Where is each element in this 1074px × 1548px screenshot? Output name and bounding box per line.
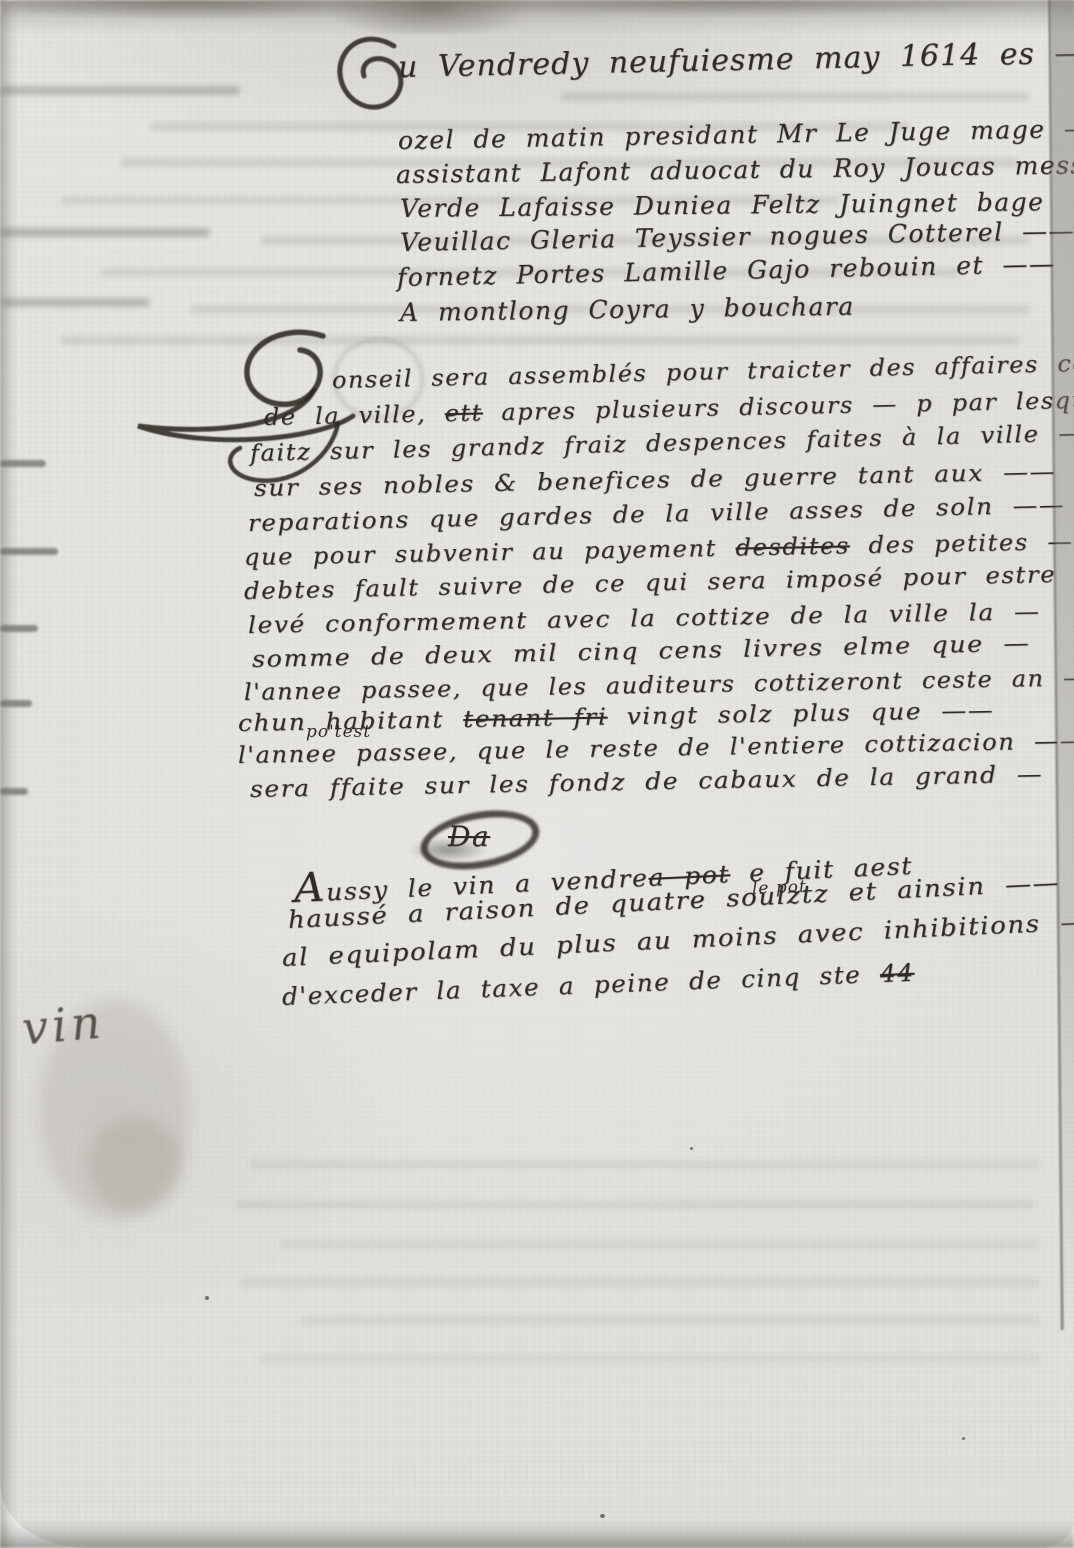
bleed-through-line xyxy=(240,1278,1040,1287)
bleed-through-line xyxy=(235,1200,1035,1209)
ink-speck xyxy=(962,1437,965,1440)
ink-speck xyxy=(205,1296,209,1300)
ink-speck xyxy=(600,1514,605,1518)
bleed-through-line xyxy=(0,86,240,95)
bleed-through-line xyxy=(0,298,150,307)
bleed-through-line xyxy=(250,1160,1040,1169)
interlinear-insertion: po'test xyxy=(306,722,371,742)
bleed-through-line xyxy=(260,1354,1040,1363)
struck-word: tenant fri xyxy=(463,705,608,734)
page-edge-bottom xyxy=(0,1520,1074,1548)
bleed-through-line xyxy=(0,228,210,237)
damp-stain xyxy=(88,1118,183,1213)
bleed-through-line xyxy=(560,92,1030,101)
page-edge-left xyxy=(0,0,18,1548)
page-scan: u Vendredy neufuiesme may 1614 es —— oze… xyxy=(0,0,1074,1548)
margin-note: vin xyxy=(20,995,107,1056)
ink-speck xyxy=(690,1147,693,1150)
struck-word: desdites xyxy=(735,533,850,561)
bleed-through-line xyxy=(280,1240,1040,1249)
page-edge-top xyxy=(0,0,1074,34)
line-text: de la ville, xyxy=(264,401,445,431)
bleed-through-line xyxy=(300,1316,1040,1325)
struck-word: ett xyxy=(444,400,483,427)
line-text: des petites — xyxy=(850,529,1074,559)
crossed-out-word: Da xyxy=(448,820,490,853)
struck-word: 44 xyxy=(879,959,915,988)
